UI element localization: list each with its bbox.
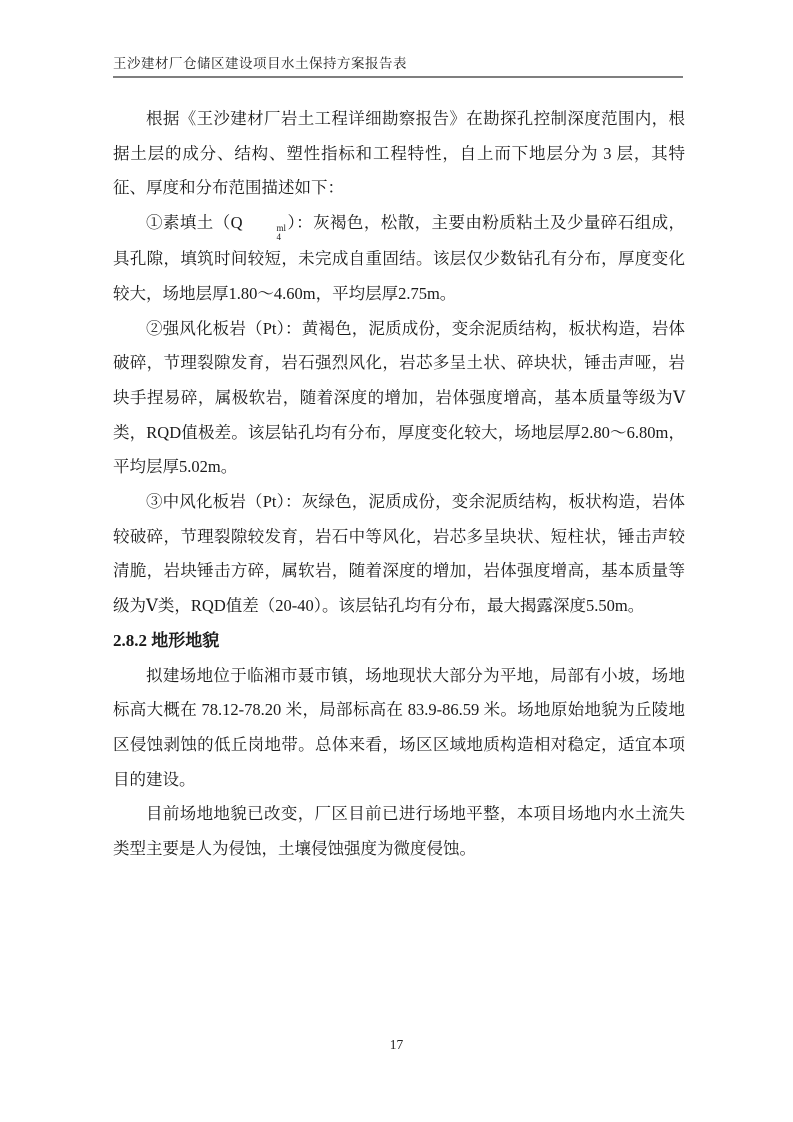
q-subscript: 4 xyxy=(244,233,287,242)
paragraph-layer2-weathered-slate: ②强风化板岩（Pt）：黄褐色，泥质成份，变余泥质结构，板状构造，岩体破碎，节理裂… xyxy=(113,312,685,486)
paragraph-layer1-fill-soil: ①素填土（Qml4）：灰褐色，松散，主要由粉质粘土及少量碎石组成，具孔隙，填筑时… xyxy=(113,206,685,311)
section-heading-2-8-2: 2.8.2 地形地貌 xyxy=(113,624,685,659)
paragraph-intro: 根据《王沙建材厂岩土工程详细勘察报告》在勘探孔控制深度范围内，根据土层的成分、结… xyxy=(113,102,685,206)
q4ml-notation: ml4 xyxy=(244,224,287,242)
header-rule xyxy=(113,76,683,78)
document-page: 王沙建材厂仓储区建设项目水土保持方案报告表 根据《王沙建材厂岩土工程详细勘察报告… xyxy=(0,0,793,1122)
document-body: 根据《王沙建材厂岩土工程详细勘察报告》在勘探孔控制深度范围内，根据土层的成分、结… xyxy=(113,102,685,867)
layer1-text-prefix: ①素填土（Q xyxy=(146,213,243,232)
paragraph-terrain: 拟建场地位于临湘市聂市镇，场地现状大部分为平地，局部有小坡，场地标高大概在 78… xyxy=(113,659,685,798)
page-number: 17 xyxy=(0,1037,793,1053)
page-header-title: 王沙建材厂仓储区建设项目水土保持方案报告表 xyxy=(113,55,684,73)
paragraph-current-condition: 目前场地地貌已改变，厂区目前已进行场地平整，本项目场地内水土流失类型主要是人为侵… xyxy=(113,797,685,866)
paragraph-layer3-mid-weathered-slate: ③中风化板岩（Pt）：灰绿色，泥质成份，变余泥质结构，板状构造，岩体较破碎，节理… xyxy=(113,485,685,624)
